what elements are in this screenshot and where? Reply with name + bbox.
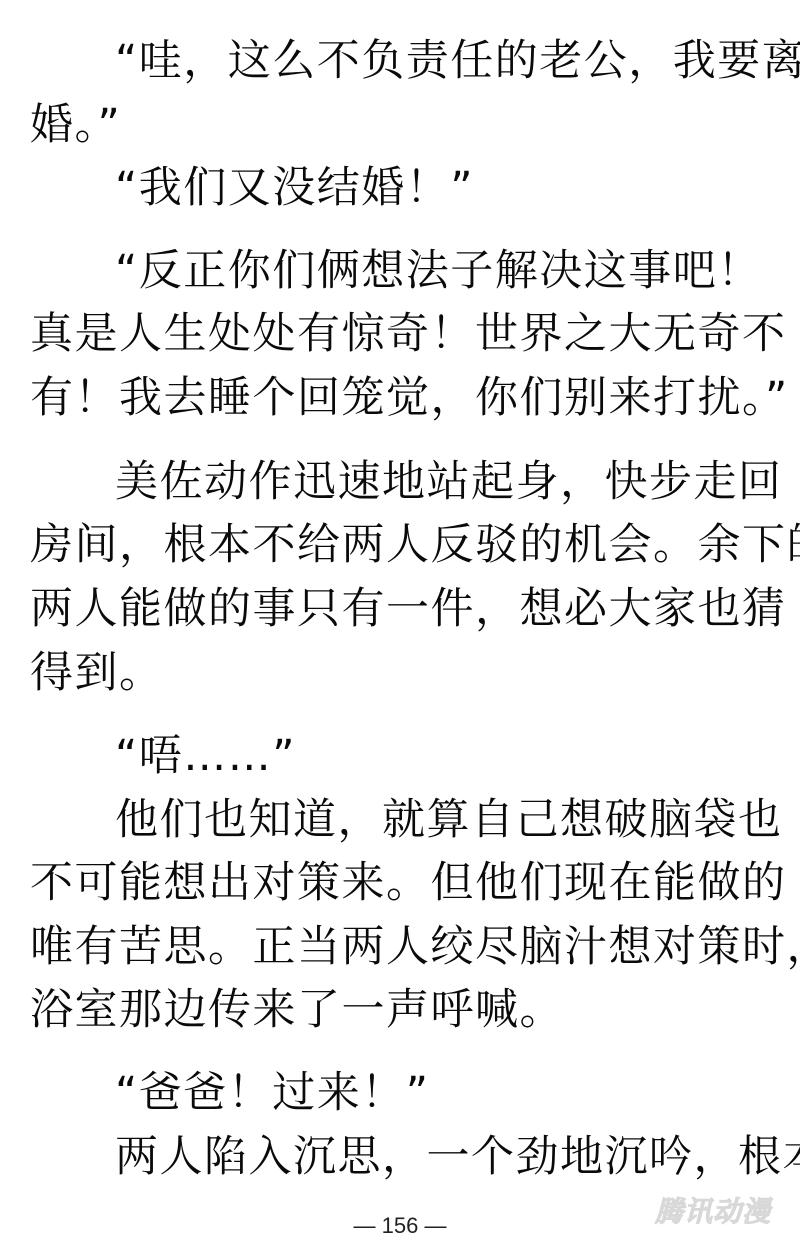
text-line: 唯有苦思。正当两人绞尽脑汁想对策时， [30,916,800,979]
text-line: “反正你们俩想法子解决这事吧！ [115,240,762,303]
text-line: 婚。” [30,94,121,157]
text-line: 房间，根本不给两人反驳的机会。余下的 [30,514,800,577]
text-line: 浴室那边传来了一声呼喊。 [30,979,564,1042]
text-line: 得到。 [30,642,164,705]
text-line: 真是人生处处有惊奇！世界之大无奇不 [30,303,787,366]
text-line: 两人能做的事只有一件，想必大家也猜 [30,578,787,641]
text-line: “爸爸！过来！” [115,1062,430,1125]
text-line: “哇，这么不负责任的老公，我要离 [115,30,800,93]
page-number: — 156 — [0,1213,800,1239]
text-line: 他们也知道，就算自己想破脑袋也 [115,789,783,852]
text-line: “唔……” [115,725,296,788]
text-line: 不可能想出对策来。但他们现在能做的 [30,852,787,915]
text-line: “我们又没结婚！” [115,157,474,220]
text-line: 两人陷入沉思，一个劲地沉吟，根本 [115,1126,800,1189]
text-line: 美佐动作迅速地站起身，快步走回 [115,451,783,514]
text-line: 有！我去睡个回笼觉，你们别来打扰。” [30,367,789,430]
